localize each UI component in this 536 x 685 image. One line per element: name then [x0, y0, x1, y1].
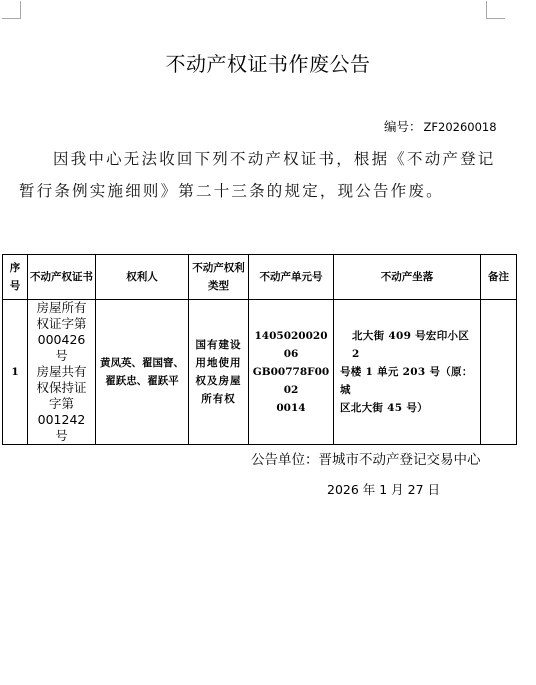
cert-line: 字第: [31, 396, 92, 412]
location-line: 区北大街 45 号）: [340, 399, 474, 417]
header-unit-number: 不动产单元号: [249, 255, 334, 300]
cert-line: 001242 号: [31, 412, 92, 444]
holders-line: 黄凤英、翟国窨、: [98, 354, 186, 372]
header-location: 不动产坐落: [334, 255, 481, 300]
holders-line: 翟跃忠、翟跃平: [98, 372, 186, 390]
announcement-text: 因我中心无法收回下列不动产权证书，根据《不动产登记暂行条例实施细则》第二十三条的…: [19, 150, 496, 200]
header-certificate: 不动产权证书: [28, 255, 96, 300]
table-header-row: 序号 不动产权证书 权利人 不动产权利类型 不动产单元号 不动产坐落 备注: [3, 255, 517, 300]
issuer-name: 晋城市不动产登记交易中心: [319, 452, 481, 468]
unit-number-line: GB00778F0002: [252, 363, 330, 399]
location-line: 号楼 1 单元 203 号（原：城: [340, 363, 474, 399]
right-type-line: 所有权: [195, 390, 242, 408]
page-corner-mark-top-right: [486, 1, 505, 19]
unit-number-line: 0014: [252, 399, 330, 417]
issuer: 公告单位：晋城市不动产登记交易中心: [251, 450, 481, 470]
right-type-line: 用地使用: [195, 354, 242, 372]
header-holders: 权利人: [96, 255, 189, 300]
voided-certificates-table: 序号 不动产权证书 权利人 不动产权利类型 不动产单元号 不动产坐落 备注 1 …: [2, 254, 517, 445]
table-row: 1 房屋所有 权证字第 000426 号 房屋共有 权保持证 字第 001242…: [3, 300, 517, 445]
right-type-line: 权及房屋: [195, 372, 242, 390]
cert-line: 权证字第: [31, 316, 92, 332]
cert-line: 权保持证: [31, 380, 92, 396]
document-title: 不动产权证书作废公告: [0, 50, 536, 78]
header-remarks: 备注: [481, 255, 517, 300]
cell-remarks: [481, 300, 517, 445]
header-seq: 序号: [3, 255, 28, 300]
cell-certificate: 房屋所有 权证字第 000426 号 房屋共有 权保持证 字第 001242 号: [28, 300, 96, 445]
header-right-type: 不动产权利类型: [189, 255, 249, 300]
cert-line: 000426 号: [31, 332, 92, 364]
announcement-body: 因我中心无法收回下列不动产权证书，根据《不动产登记暂行条例实施细则》第二十三条的…: [19, 143, 509, 207]
unit-number-line: 140502002006: [252, 327, 330, 363]
document-number: 编号：ZF20260018: [384, 118, 497, 136]
cell-unit-number: 140502002006 GB00778F0002 0014: [249, 300, 334, 445]
announcement-date: 2026 年 1 月 27 日: [327, 480, 440, 500]
cell-right-type: 国有建设 用地使用 权及房屋 所有权: [189, 300, 249, 445]
cert-line: 房屋共有: [31, 364, 92, 380]
issuer-label: 公告单位：: [251, 452, 319, 468]
cell-location: 北大街 409 号宏印小区 2 号楼 1 单元 203 号（原：城 区北大街 4…: [334, 300, 481, 445]
right-type-line: 国有建设: [195, 336, 242, 354]
cell-holders: 黄凤英、翟国窨、 翟跃忠、翟跃平: [96, 300, 189, 445]
cell-seq: 1: [3, 300, 28, 445]
document-number-value: ZF20260018: [424, 120, 497, 134]
location-line: 北大街 409 号宏印小区 2: [340, 327, 474, 363]
document-number-label: 编号：: [384, 119, 422, 134]
page-corner-mark-top-left: [2, 1, 21, 19]
cert-line: 房屋所有: [31, 300, 92, 316]
